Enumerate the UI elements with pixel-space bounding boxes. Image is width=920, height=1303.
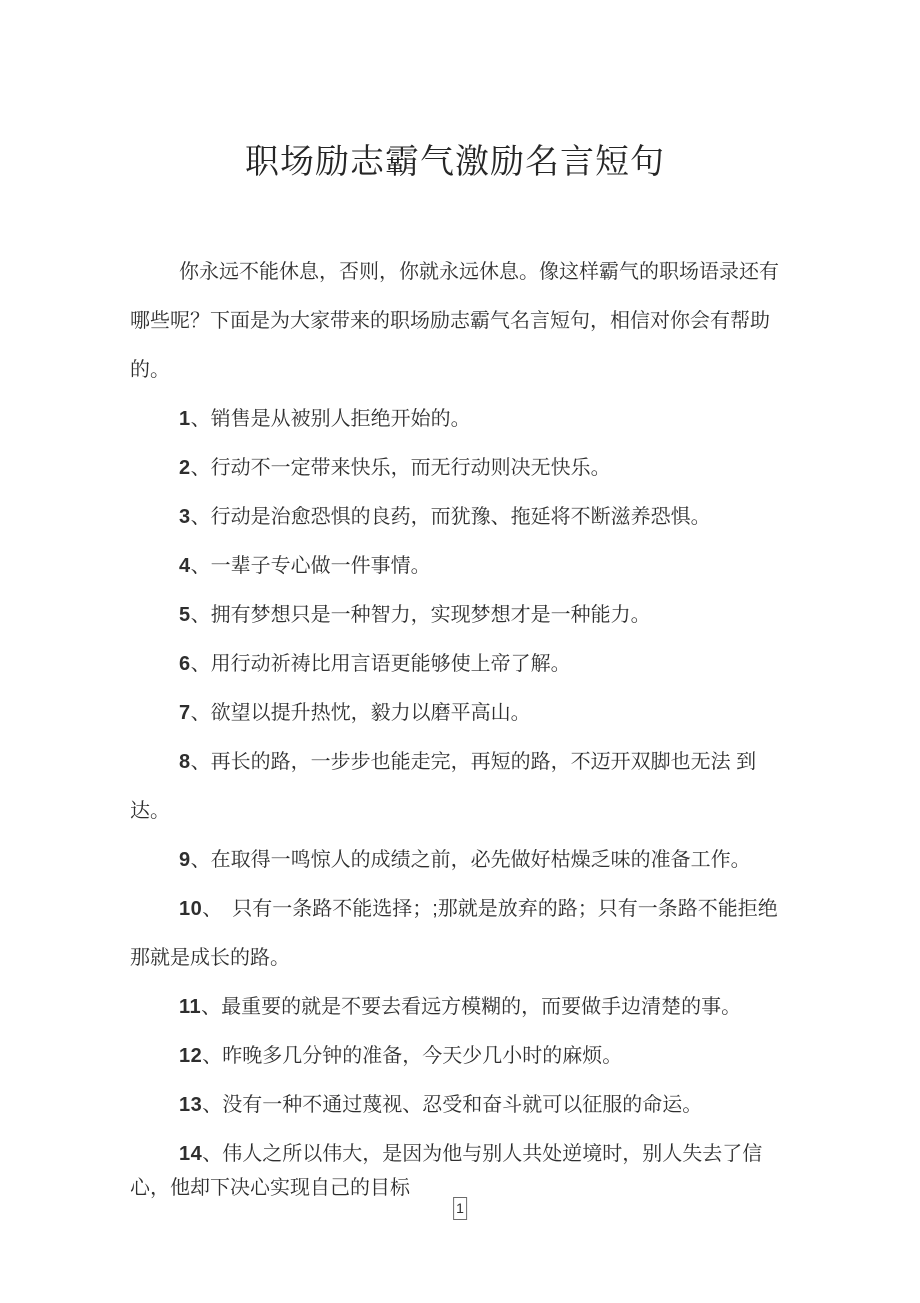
item-text: 拥有梦想只是一种智力，实现梦想才是一种能力。 bbox=[211, 604, 651, 626]
list-item: 12、昨晚多几分钟的准备，今天少几小时的麻烦。 bbox=[130, 1032, 780, 1081]
item-number: 8 bbox=[179, 751, 191, 773]
item-text: 昨晚多几分钟的准备，今天少几小时的麻烦。 bbox=[222, 1045, 622, 1067]
item-separator: 、 bbox=[191, 408, 211, 430]
list-item: 8、再长的路，一步步也能走完，再短的路，不迈开双脚也无法 到达。 bbox=[130, 738, 780, 836]
item-separator: 、 bbox=[191, 702, 211, 724]
list-item: 6、用行动祈祷比用言语更能够使上帝了解。 bbox=[130, 640, 780, 689]
list-item: 2、行动不一定带来快乐，而无行动则决无快乐。 bbox=[130, 444, 780, 493]
list-item: 3、行动是治愈恐惧的良药，而犹豫、拖延将不断滋养恐惧。 bbox=[130, 493, 780, 542]
document-content: 职场励志霸气激励名言短句 你永远不能休息，否则，你就永远休息。像这样霸气的职场语… bbox=[0, 0, 920, 1205]
item-text: 伟人之所以伟大，是因为他与别人共处逆境时，别人失去了信心，他却下决心实现自己的目… bbox=[130, 1143, 762, 1199]
item-separator: 、 bbox=[202, 1143, 222, 1165]
item-text: 欲望以提升热忱，毅力以磨平高山。 bbox=[211, 702, 531, 724]
item-number: 1 bbox=[179, 408, 191, 430]
item-separator: 、 bbox=[202, 1094, 222, 1116]
item-number: 6 bbox=[179, 653, 191, 675]
item-number: 12 bbox=[179, 1045, 202, 1067]
item-number: 7 bbox=[179, 702, 191, 724]
item-separator: 、 bbox=[191, 555, 211, 577]
item-text: 一辈子专心做一件事情。 bbox=[211, 555, 431, 577]
list-item: 5、拥有梦想只是一种智力，实现梦想才是一种能力。 bbox=[130, 591, 780, 640]
list-item: 7、欲望以提升热忱，毅力以磨平高山。 bbox=[130, 689, 780, 738]
item-number: 5 bbox=[179, 604, 191, 626]
list-item: 4、一辈子专心做一件事情。 bbox=[130, 542, 780, 591]
item-separator: 、 bbox=[191, 849, 211, 871]
document-page: 职场励志霸气激励名言短句 你永远不能休息，否则，你就永远休息。像这样霸气的职场语… bbox=[0, 0, 920, 1303]
item-number: 14 bbox=[179, 1143, 202, 1165]
item-text: 行动不一定带来快乐，而无行动则决无快乐。 bbox=[211, 457, 611, 479]
item-separator: 、 bbox=[191, 653, 211, 675]
list-item: 13、没有一种不通过蔑视、忍受和奋斗就可以征服的命运。 bbox=[130, 1081, 780, 1130]
item-separator: 、 bbox=[191, 604, 211, 626]
page-footer: 1 bbox=[453, 1196, 467, 1220]
item-number: 9 bbox=[179, 849, 191, 871]
page-number: 1 bbox=[453, 1197, 467, 1220]
list-item: 1、销售是从被别人拒绝开始的。 bbox=[130, 395, 780, 444]
item-number: 11 bbox=[179, 996, 201, 1018]
item-number: 10 bbox=[179, 898, 202, 920]
item-text: 用行动祈祷比用言语更能够使上帝了解。 bbox=[211, 653, 571, 675]
page-title: 职场励志霸气激励名言短句 bbox=[130, 140, 780, 184]
list-item: 11、最重要的就是不要去看远方模糊的，而要做手边清楚的事。 bbox=[130, 983, 780, 1032]
item-separator: 、 bbox=[191, 751, 211, 773]
item-text: 没有一种不通过蔑视、忍受和奋斗就可以征服的命运。 bbox=[222, 1094, 702, 1116]
item-number: 2 bbox=[179, 457, 191, 479]
item-separator: 、 bbox=[201, 996, 221, 1018]
item-text: 在取得一鸣惊人的成绩之前，必先做好枯燥乏味的准备工作。 bbox=[211, 849, 751, 871]
list-item: 9、在取得一鸣惊人的成绩之前，必先做好枯燥乏味的准备工作。 bbox=[130, 836, 780, 885]
item-separator: 、 bbox=[191, 506, 211, 528]
item-text: 最重要的就是不要去看远方模糊的，而要做手边清楚的事。 bbox=[221, 996, 741, 1018]
item-separator: 、 bbox=[202, 1045, 222, 1067]
item-number: 3 bbox=[179, 506, 191, 528]
item-number: 4 bbox=[179, 555, 191, 577]
item-text: 销售是从被别人拒绝开始的。 bbox=[211, 408, 471, 430]
item-number: 13 bbox=[179, 1094, 202, 1116]
item-text: 再长的路，一步步也能走完，再短的路，不迈开双脚也无法 到达。 bbox=[130, 751, 756, 822]
intro-paragraph: 你永远不能休息，否则，你就永远休息。像这样霸气的职场语录还有哪些呢？下面是为大家… bbox=[130, 248, 780, 395]
item-text: 只有一条路不能选择；;那就是放弃的路；只有一条路不能拒绝那就是成长的路。 bbox=[130, 898, 778, 969]
item-separator: 、 bbox=[191, 457, 211, 479]
list-item: 14、伟人之所以伟大，是因为他与别人共处逆境时，别人失去了信心，他却下决心实现自… bbox=[130, 1137, 780, 1205]
item-text: 行动是治愈恐惧的良药，而犹豫、拖延将不断滋养恐惧。 bbox=[211, 506, 711, 528]
list-item: 10、 只有一条路不能选择；;那就是放弃的路；只有一条路不能拒绝那就是成长的路。 bbox=[130, 885, 780, 983]
item-separator: 、 bbox=[202, 898, 212, 920]
